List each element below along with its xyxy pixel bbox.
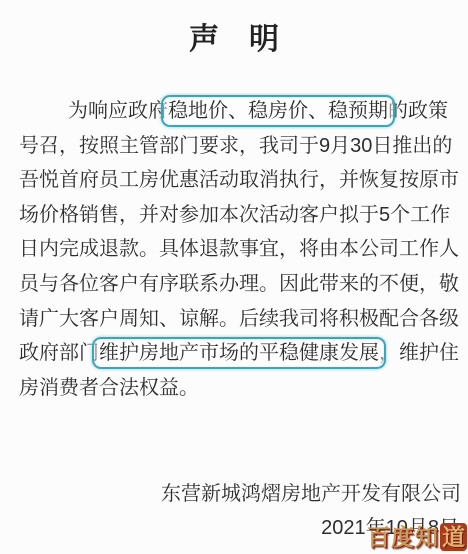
statement-line: 房消费者合法权益。	[19, 371, 463, 406]
highlighted-phrase: 稳地价、稳房价、稳预期	[161, 95, 395, 127]
text-segment: 房消费者合法权益。	[19, 377, 199, 399]
statement-line: 日内完成退款。具体退款事宜，将由本公司工作人	[19, 232, 463, 267]
text-segment: 请广大客户周知、谅解。后续我司将积极配合各级	[19, 308, 459, 330]
statement-line: 请广大客户周知、谅解。后续我司将积极配合各级	[19, 302, 463, 337]
statement-line: 场价格销售，并对参加本次活动客户拟于5个工作	[19, 198, 463, 233]
text-segment: 场价格销售，并对参加本次活动客户拟于5个工作	[19, 204, 450, 226]
text-segment: 号召，按照主管部门要求，我司于9月30日推出的	[19, 135, 452, 157]
statement-line: 吾悦首府员工房优惠活动取消执行，并恢复按原市	[19, 163, 463, 198]
watermark-char: 知	[415, 523, 438, 551]
statement-line: 政府部门维护房地产市场的平稳健康发展，维护住	[19, 336, 463, 371]
statement-document: 声 明 为响应政府稳地价、稳房价、稳预期的政策号召，按照主管部门要求，我司于9月…	[0, 0, 468, 554]
watermark-char: 道	[440, 523, 467, 551]
watermark-char: 百	[367, 523, 390, 551]
text-segment: 政府部门	[19, 342, 99, 364]
watermark-char: 度	[391, 523, 414, 551]
page-title: 声 明	[0, 0, 468, 58]
statement-line: 员与各位客户有序联系办理。因此带来的不便，敬	[19, 267, 463, 302]
statement-line: 为响应政府稳地价、稳房价、稳预期的政策	[19, 94, 463, 129]
statement-line: 号召，按照主管部门要求，我司于9月30日推出的	[19, 129, 463, 164]
baidu-zhidao-watermark: 百度知道	[366, 523, 467, 551]
text-segment: 日内完成退款。具体退款事宜，将由本公司工作人	[19, 238, 459, 260]
text-segment: 的政策	[388, 100, 448, 122]
statement-body: 为响应政府稳地价、稳房价、稳预期的政策号召，按照主管部门要求，我司于9月30日推…	[19, 94, 463, 405]
text-segment: 为响应政府	[68, 100, 168, 122]
highlighted-phrase: 维护房地产市场的平稳健康发展	[92, 337, 386, 369]
text-segment: ，维护住	[379, 342, 459, 364]
company-signature: 东营新城鸿熠房地产开发有限公司	[0, 477, 468, 511]
text-segment: 吾悦首府员工房优惠活动取消执行，并恢复按原市	[19, 169, 459, 191]
text-segment: 员与各位客户有序联系办理。因此带来的不便，敬	[19, 273, 459, 295]
